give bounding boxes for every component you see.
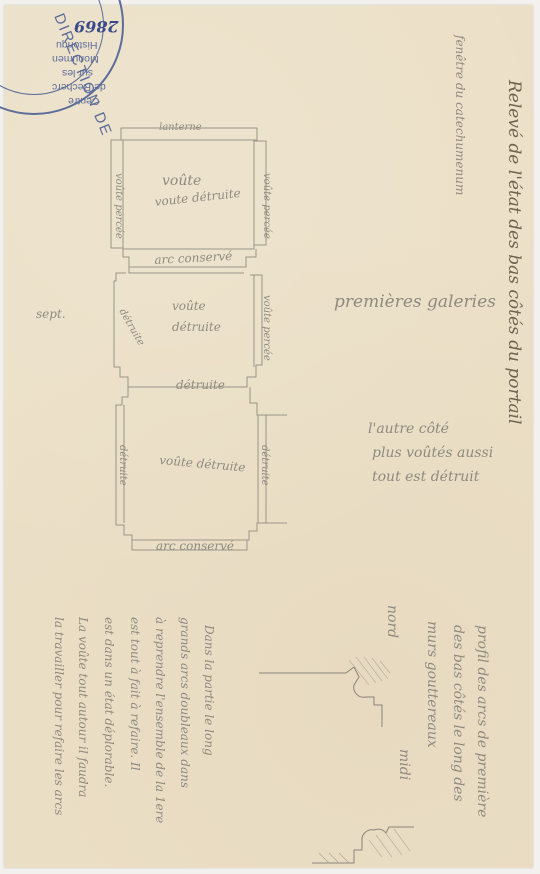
document-sheet: DIRECTION DE 2869 Historiqu Monumen sur … [4,5,533,868]
profile-title-line2: des bas côtés le long des [450,625,466,802]
lower-note-line: à reprendre l'ensemble de la 1ere [153,617,167,823]
profile-label-south: midi [396,749,412,780]
bay1-center-line1: voûte [162,173,201,189]
bay2-right-label: voûte percée [261,295,272,361]
bay2-bottom-label: détruite [176,378,225,392]
galleries-annotation: premières galeries [334,292,496,312]
profile-title-line3: murs gouttereaux [424,621,440,748]
lower-note-line: grands arcs doubleaux dans [178,617,192,788]
bay1-right-label: voûte percée [261,173,272,239]
bay1-left-label: voûte percée [113,173,124,239]
profile-label-north: nord [384,605,400,638]
other-side-line3: tout est détruit [372,469,479,485]
lower-note-line: est tout à fait à refaire. Il [128,617,142,771]
bay3-right-label: détruite [259,445,270,486]
bay3-left-label: détruite [117,445,128,486]
other-side-line1: l'autre côté [368,421,449,437]
lower-note-line: est dans un état déplorable. [102,617,116,787]
bay3-bottom-label: arc conservé [156,539,234,553]
bay2-center-line2: détruite [172,320,221,334]
pencil-note-header: fenêtre du catechumenum [453,35,467,195]
other-side-line2: plus voûtés aussi [372,445,493,461]
profile-title-line1: profil des arcs de première [474,625,490,817]
bay2-center-line1: voûte [172,299,206,313]
document-title: Relevé de l'état des bas côtés du portai… [504,80,524,424]
lower-note-line: la travailler pour refaire les arcs [52,617,66,815]
bay1-top-label: lanterne [159,122,202,133]
lower-note-line: Dans la partie le long [202,625,216,756]
margin-note-left: sept. [36,307,66,321]
lower-note-line: La voûte tout autour il faudra [76,617,90,797]
